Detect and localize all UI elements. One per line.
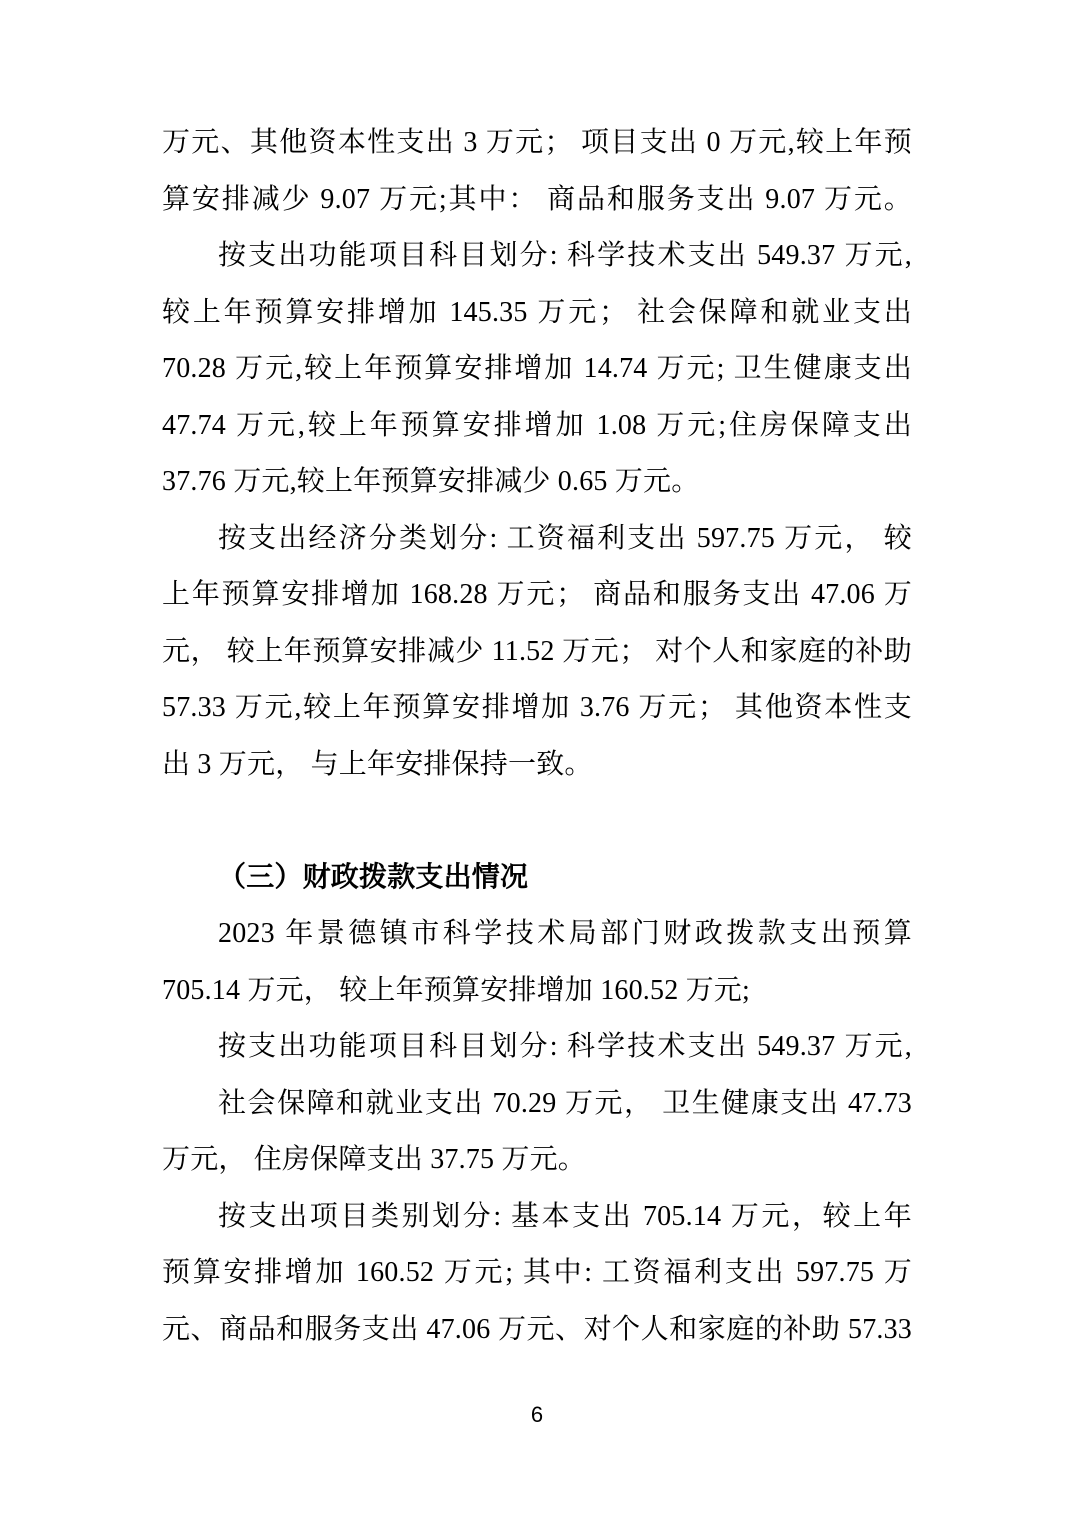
text-line: 按支出功能项目科目划分: 科学技术支出 549.37 万元, — [162, 1019, 912, 1076]
text-line: 按支出经济分类划分: 工资福利支出 597.75 万元， 较 — [162, 511, 912, 568]
text-line: 37.76 万元,较上年预算安排减少 0.65 万元。 — [162, 454, 912, 511]
text-line: 万元， 住房保障支出 37.75 万元。 — [162, 1132, 912, 1189]
text-line: 出 3 万元， 与上年安排保持一致。 — [162, 737, 912, 794]
text-line: 元， 较上年预算安排减少 11.52 万元； 对个人和家庭的补助 — [162, 624, 912, 681]
text-line: 万元、其他资本性支出 3 万元； 项目支出 0 万元,较上年预 — [162, 115, 912, 172]
text-line: 算安排减少 9.07 万元;其中： 商品和服务支出 9.07 万元。 — [162, 172, 912, 229]
text-line: 预算安排增加 160.52 万元; 其中: 工资福利支出 597.75 万 — [162, 1245, 912, 1302]
text-line: 2023 年景德镇市科学技术局部门财政拨款支出预算 — [162, 906, 912, 963]
blank-line — [162, 793, 912, 850]
document-page: 万元、其他资本性支出 3 万元； 项目支出 0 万元,较上年预 算安排减少 9.… — [0, 0, 1074, 1520]
page-number: 6 — [531, 1402, 543, 1427]
section-heading: （三）财政拨款支出情况 — [162, 850, 912, 907]
document-body: 万元、其他资本性支出 3 万元； 项目支出 0 万元,较上年预 算安排减少 9.… — [162, 115, 912, 1358]
text-line: 按支出功能项目科目划分: 科学技术支出 549.37 万元, — [162, 228, 912, 285]
text-line: 上年预算安排增加 168.28 万元； 商品和服务支出 47.06 万 — [162, 567, 912, 624]
text-line: 70.28 万元,较上年预算安排增加 14.74 万元; 卫生健康支出 — [162, 341, 912, 398]
text-line: 社会保障和就业支出 70.29 万元， 卫生健康支出 47.73 — [162, 1076, 912, 1133]
text-line: 47.74 万元,较上年预算安排增加 1.08 万元;住房保障支出 — [162, 398, 912, 455]
text-line: 705.14 万元， 较上年预算安排增加 160.52 万元; — [162, 963, 912, 1020]
text-line: 元、商品和服务支出 47.06 万元、对个人和家庭的补助 57.33 — [162, 1302, 912, 1359]
text-line: 按支出项目类别划分: 基本支出 705.14 万元，较上年 — [162, 1189, 912, 1246]
page-footer: 6 — [0, 1400, 1074, 1430]
text-line: 57.33 万元,较上年预算安排增加 3.76 万元； 其他资本性支 — [162, 680, 912, 737]
text-line: 较上年预算安排增加 145.35 万元； 社会保障和就业支出 — [162, 285, 912, 342]
